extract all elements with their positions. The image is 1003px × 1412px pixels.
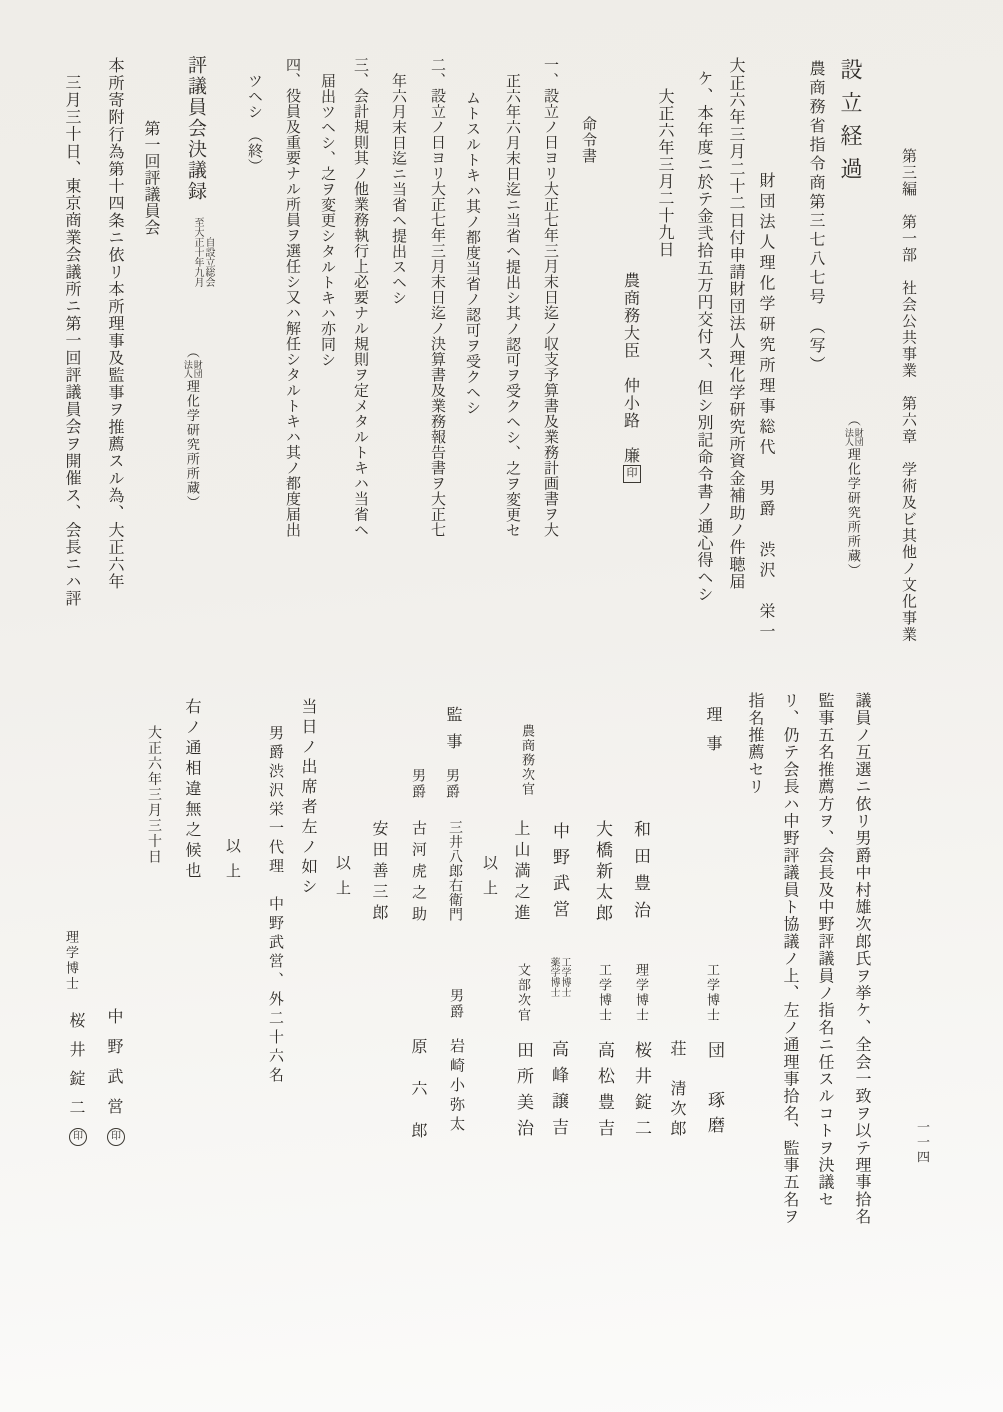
signature-block: 中野武営印 [101, 1008, 125, 1146]
director-name: 高松豊吉 [596, 1041, 613, 1145]
directive-number-line: 農商務省指令商第三七八七号 （写） [807, 60, 823, 375]
attendance-end-mark: 以上 [224, 838, 239, 888]
director-title: 工学博士 [706, 963, 719, 1023]
ordinance-line-5: 年六月末日迄ニ当省ヘ提出スヘシ [390, 73, 405, 306]
minister-signature: 農商務大臣 仲小路 廉印 [618, 272, 641, 483]
signature-seal-stamp: 印 [107, 1128, 125, 1146]
director-name: 団 琢磨 [706, 1041, 723, 1141]
auditor-title: 男爵 [444, 768, 458, 800]
attest-date: 大正六年三月三十日 [146, 725, 160, 865]
ordinance-line-7: 届出ツヘシ、之ヲ変更シタルトキハ亦同シ [319, 73, 334, 368]
ordinance-line-2: 正六年六月末日迄ニ当省ヘ提出シ其ノ認可ヲ受クヘシ、之ヲ変更セ [504, 73, 519, 538]
warichu-line-1: 財団 [853, 428, 863, 446]
minutes-period-note: 自設立総会至大正十年九月 [192, 217, 214, 292]
minutes-body-line-4: 監事五名推薦方ヲ、会長及中野評議員ノ指名ニ任スルコトヲ決議セ [816, 692, 832, 1208]
minutes-body-line-6: 指名推薦セリ [746, 692, 762, 795]
archive-note-establishment: （財団法人理化学研究所所蔵） [843, 413, 863, 578]
warichu-foundation: 財団法人 [843, 428, 863, 448]
signature-block: 桜井錠二印 [63, 1012, 87, 1146]
directors-end-mark: 以上 [481, 855, 496, 905]
ordinance-heading: 命令書 [580, 116, 595, 164]
director-title: 工学博士 [598, 963, 611, 1023]
director-name: 荘 清次郎 [668, 1040, 684, 1140]
archive-note-text: 理化学研究所所蔵） [185, 380, 200, 511]
director-title-2: 薬学博士 [548, 957, 559, 997]
director-title: 農商務次官 [521, 724, 534, 797]
warichu-line-2: 法人 [182, 360, 192, 378]
director-double-title: 工学博士薬学博士 [548, 957, 570, 1002]
warichu-foundation: 財団法人 [182, 360, 202, 380]
auditors-heading: 監事 [444, 706, 460, 760]
note-open-paren: （ [846, 413, 861, 428]
ordinance-line-6: 三、会計規則其ノ他業務執行上必要ナル規則ヲ定メタルトキハ当省ヘ [352, 57, 367, 538]
first-meeting-heading: 第一回評議員会 [142, 120, 158, 236]
directive-body-line-1: 大正六年三月二十二日付申請財団法人理化学研究所資金補助ノ件聴届 [727, 57, 743, 590]
archive-note-text: 理化学研究所所蔵） [846, 448, 861, 579]
auditor-name: 古河虎之助 [410, 820, 425, 928]
note-open-paren: （ [185, 345, 200, 360]
signature-title: 理学博士 [65, 930, 78, 992]
auditors-end-mark: 以上 [334, 855, 349, 905]
directive-body-line-2: ケ、本年度ニ於テ金弐拾五万円交付ス、但シ別記命令書ノ通心得ヘシ [695, 70, 711, 603]
auditor-title: 男爵 [448, 988, 462, 1020]
auditor-name: 原 六 郎 [409, 1038, 425, 1143]
director-name: 高峰譲吉 [550, 1040, 567, 1144]
minutes-body-line-1: 本所寄附行為第十四条ニ依リ本所理事及監事ヲ推薦スル為、大正六年 [106, 57, 122, 590]
auditor-title: 男爵 [410, 768, 424, 800]
director-title: 工学博士 [559, 957, 570, 997]
minutes-title: 評議員会決議録 [186, 55, 205, 202]
minutes-body-line-2: 三月三十日、東京商業会議所ニ第一回評議員会ヲ開催ス、会長ニハ評 [63, 74, 79, 607]
auditor-name: 三井八郎右衛門 [447, 820, 461, 922]
attendance-line: 男爵渋沢栄一代理 中野武営、外二十六名 [267, 725, 282, 1086]
director-name: 田所美治 [515, 1041, 532, 1145]
directive-addressee: 財団法人理化学研究所理事総代 男爵 渋沢 栄一 [757, 172, 773, 644]
director-name: 上山満之進 [512, 820, 528, 925]
ordinance-line-9: ツヘシ （終） [246, 73, 261, 174]
ordinance-line-4: 二、設立ノ日ヨリ大正七年三月末日迄ノ決算書及業務報告書ヲ大正七 [429, 57, 444, 538]
directors-heading: 理事 [704, 706, 720, 764]
minister-name-line: 農商務大臣 仲小路 廉 [622, 272, 639, 465]
attest-line: 右ノ通相違無之候也 [183, 698, 199, 883]
signature-name: 中野武営 [105, 1008, 122, 1128]
signature-name: 桜井錠二 [67, 1012, 84, 1128]
archive-note-minutes: （財団法人理化学研究所所蔵） [182, 345, 202, 510]
director-name: 大橋新太郎 [594, 820, 611, 925]
period-to: 至大正十年九月 [192, 217, 203, 287]
director-name: 和田豊治 [632, 820, 649, 928]
warichu-line-1: 財団 [192, 360, 202, 378]
minutes-body-line-5: リ、仍テ会長ハ中野評議員ト協議ノ上、左ノ通理事拾名、監事五名ヲ [781, 692, 797, 1225]
ordinance-line-3: ムトスルトキハ其ノ都度当省ノ認可ヲ受クヘシ [464, 90, 479, 416]
auditor-name: 岩崎小弥太 [448, 1038, 463, 1136]
minister-seal-stamp: 印 [623, 465, 641, 483]
minutes-body-line-3: 議員ノ互選ニ依リ男爵中村雄次郎氏ヲ挙ケ、全会一致ヲ以テ理事拾名 [853, 692, 869, 1225]
director-title: 理学博士 [635, 963, 648, 1023]
section-title-establishment: 設立経過 [839, 58, 861, 190]
period-from: 自設立総会 [203, 237, 214, 287]
attendance-heading: 当日ノ出席者左ノ如シ [299, 698, 315, 898]
page-number: 一一四 [916, 1120, 929, 1165]
ordinance-line-1: 一、設立ノ日ヨリ大正七年三月末日迄ノ収支予算書及業務計画書ヲ大 [542, 57, 557, 538]
auditor-name: 安田善三郎 [370, 820, 386, 925]
signature-seal-stamp: 印 [69, 1128, 87, 1146]
director-name: 桜井錠二 [633, 1041, 650, 1145]
scanned-book-page: 第三編 第一部 社会公共事業 第六章 学術及ビ其他ノ文化事業 一一四 設立経過 … [0, 0, 1003, 1412]
running-head: 第三編 第一部 社会公共事業 第六章 学術及ビ其他ノ文化事業 [900, 148, 915, 643]
director-name: 中野武営 [551, 822, 568, 926]
directive-date: 大正六年三月二十九日 [656, 88, 672, 258]
director-title: 文部次官 [517, 963, 530, 1023]
ordinance-line-8: 四、役員及重要ナル所員ヲ選任シ又ハ解任シタルトキハ其ノ都度届出 [284, 57, 299, 538]
warichu-line-2: 法人 [843, 428, 853, 446]
